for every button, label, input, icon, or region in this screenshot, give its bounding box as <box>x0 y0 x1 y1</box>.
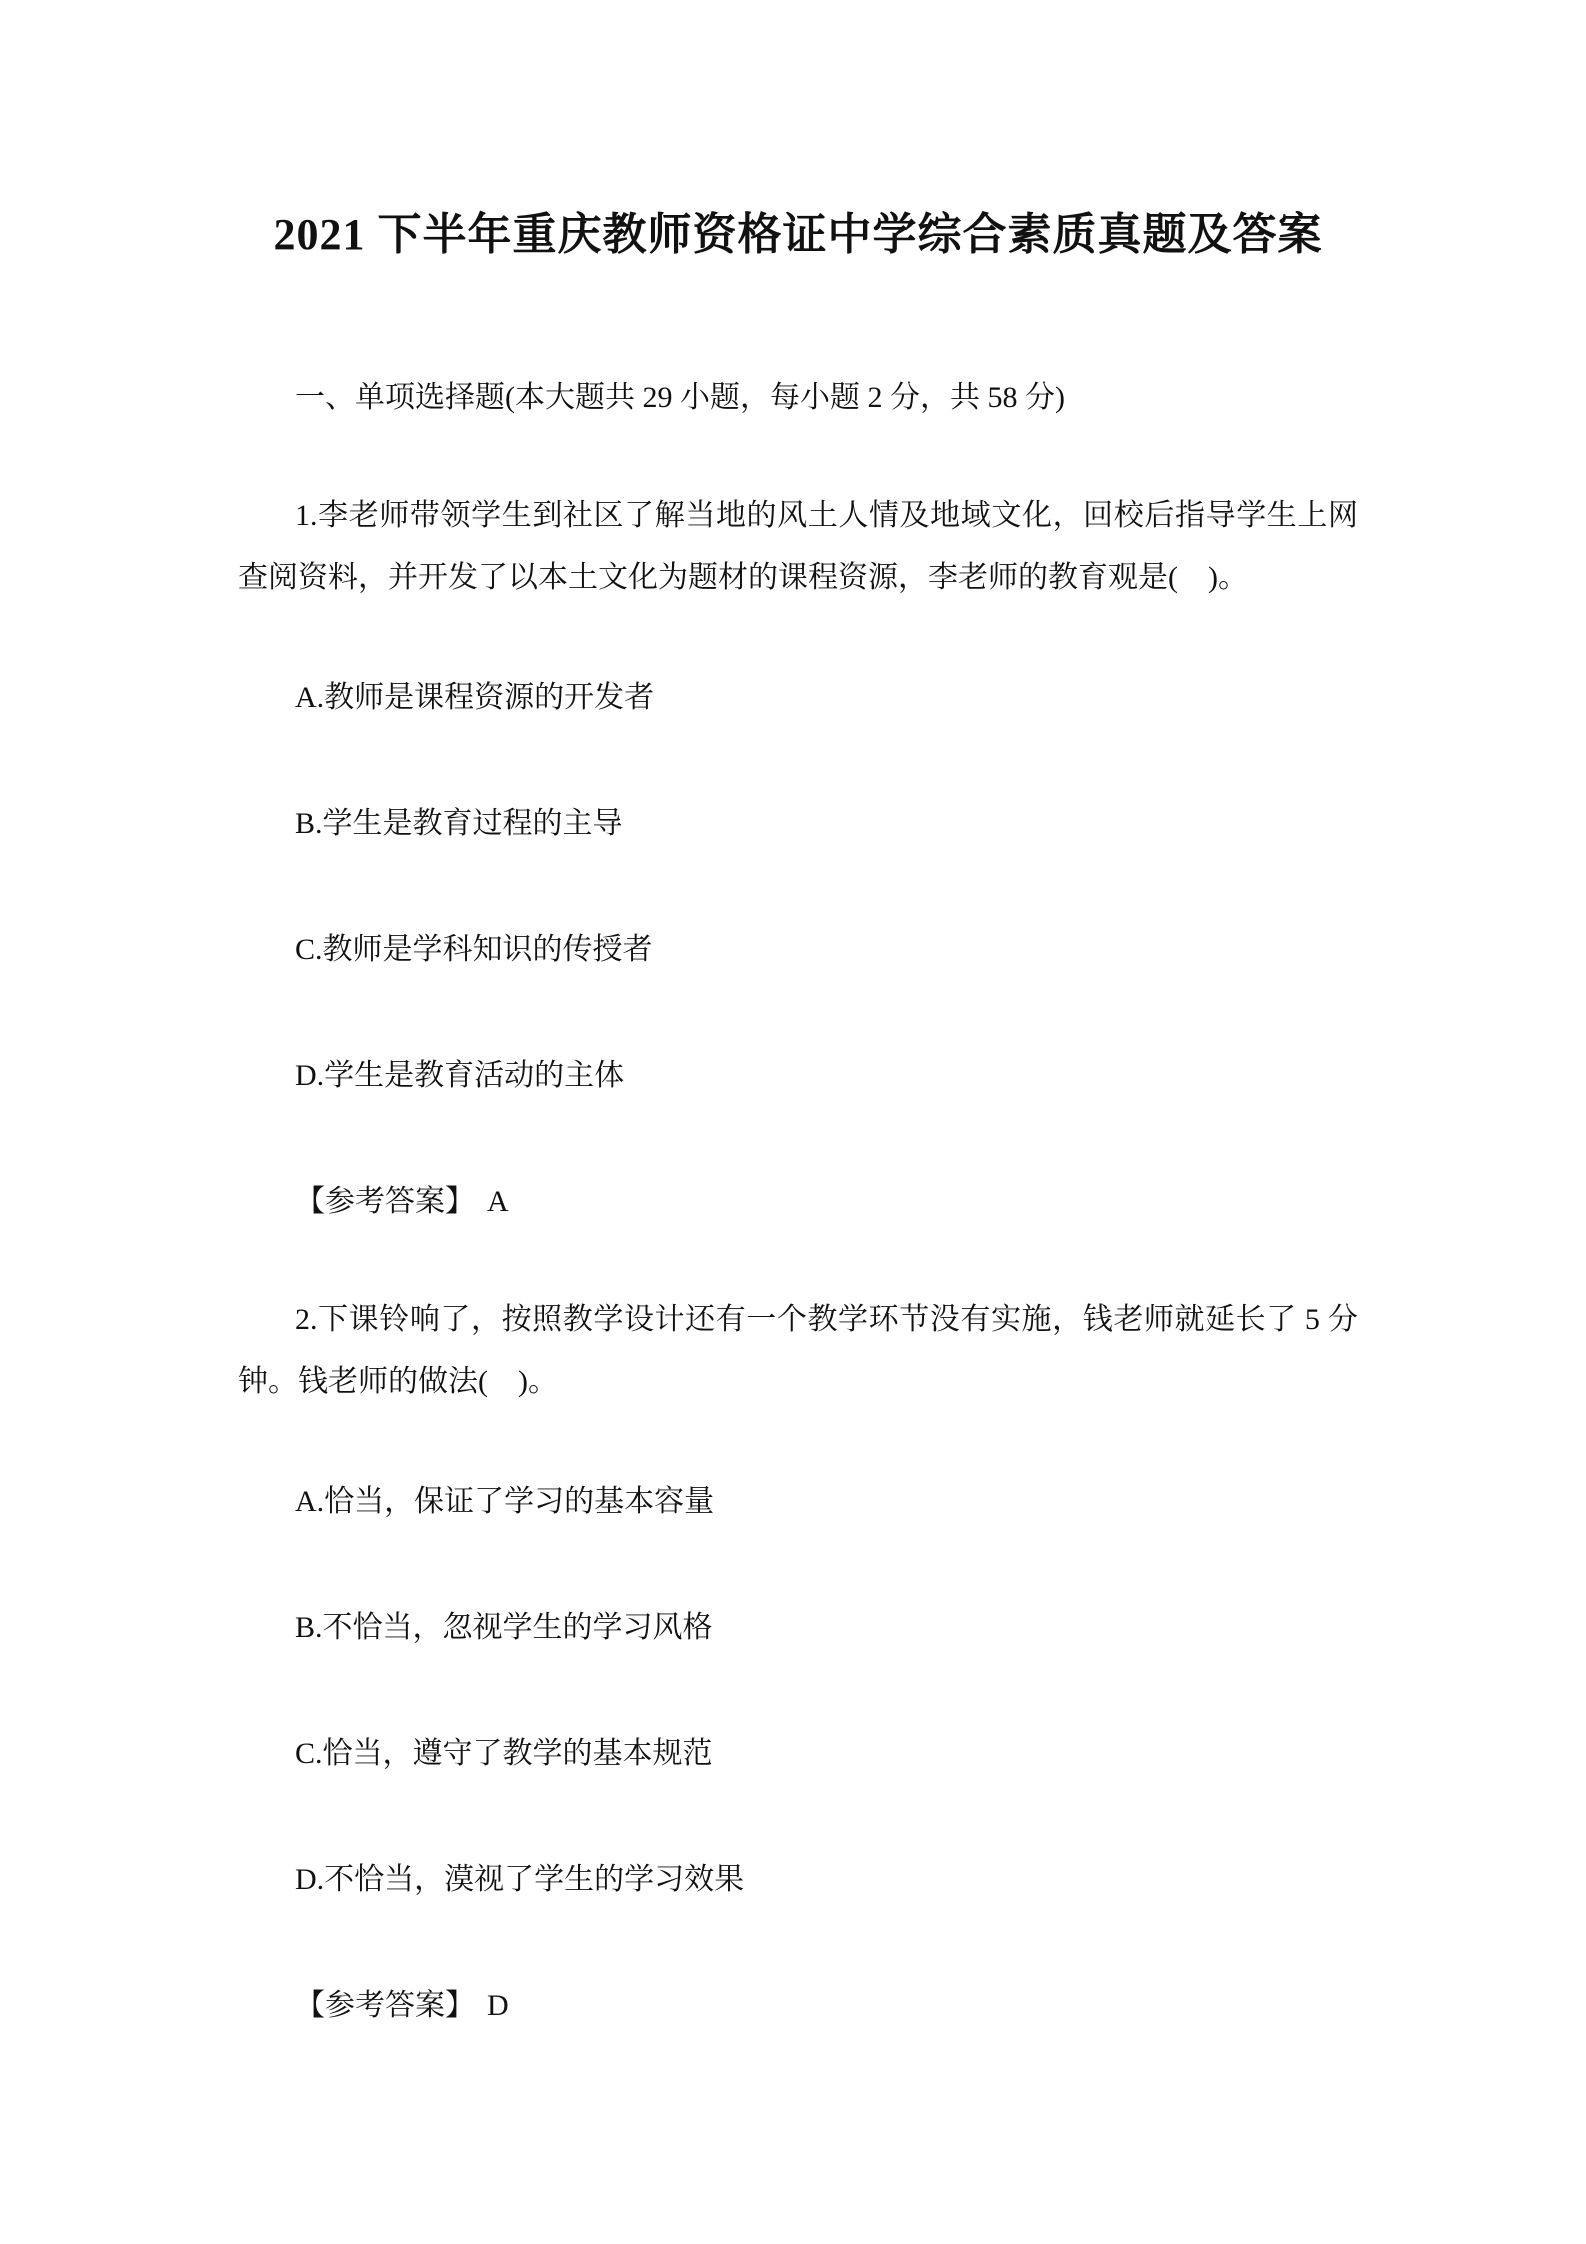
question-2-option-c: C.恰当，遵守了教学的基本规范 <box>238 1723 1358 1785</box>
question-2-option-a: A.恰当，保证了学习的基本容量 <box>238 1471 1358 1533</box>
question-1-option-c: C.教师是学科知识的传授者 <box>238 919 1358 981</box>
question-1-option-d: D.学生是教育活动的主体 <box>238 1045 1358 1107</box>
answer-label: 【参考答案】 <box>295 1185 475 1218</box>
answer-value: A <box>487 1185 509 1218</box>
question-1-option-a: A.教师是课程资源的开发者 <box>238 667 1358 729</box>
question-2-option-b: B.不恰当，忽视学生的学习风格 <box>238 1597 1358 1659</box>
question-1-answer-line: 【参考答案】A <box>238 1171 1358 1233</box>
question-2-answer-line: 【参考答案】D <box>238 1975 1358 2037</box>
question-1-option-b: B.学生是教育过程的主导 <box>238 793 1358 855</box>
question-block-1: 1.李老师带领学生到社区了解当地的风土人情及地域文化，回校后指导学生上网查阅资料… <box>238 485 1358 1233</box>
question-block-2: 2.下课铃响了，按照教学设计还有一个教学环节没有实施，钱老师就延长了 5 分钟。… <box>238 1289 1358 2037</box>
question-2-stem: 2.下课铃响了，按照教学设计还有一个教学环节没有实施，钱老师就延长了 5 分钟。… <box>238 1289 1358 1413</box>
document-title: 2021 下半年重庆教师资格证中学综合素质真题及答案 <box>238 204 1358 266</box>
question-1-stem: 1.李老师带领学生到社区了解当地的风土人情及地域文化，回校后指导学生上网查阅资料… <box>238 485 1358 609</box>
answer-value: D <box>487 1989 509 2022</box>
document-page: 2021 下半年重庆教师资格证中学综合素质真题及答案 一、单项选择题(本大题共 … <box>0 0 1586 2244</box>
question-2-option-d: D.不恰当，漠视了学生的学习效果 <box>238 1849 1358 1911</box>
section-heading: 一、单项选择题(本大题共 29 小题，每小题 2 分，共 58 分) <box>238 367 1358 429</box>
answer-label: 【参考答案】 <box>295 1989 475 2022</box>
